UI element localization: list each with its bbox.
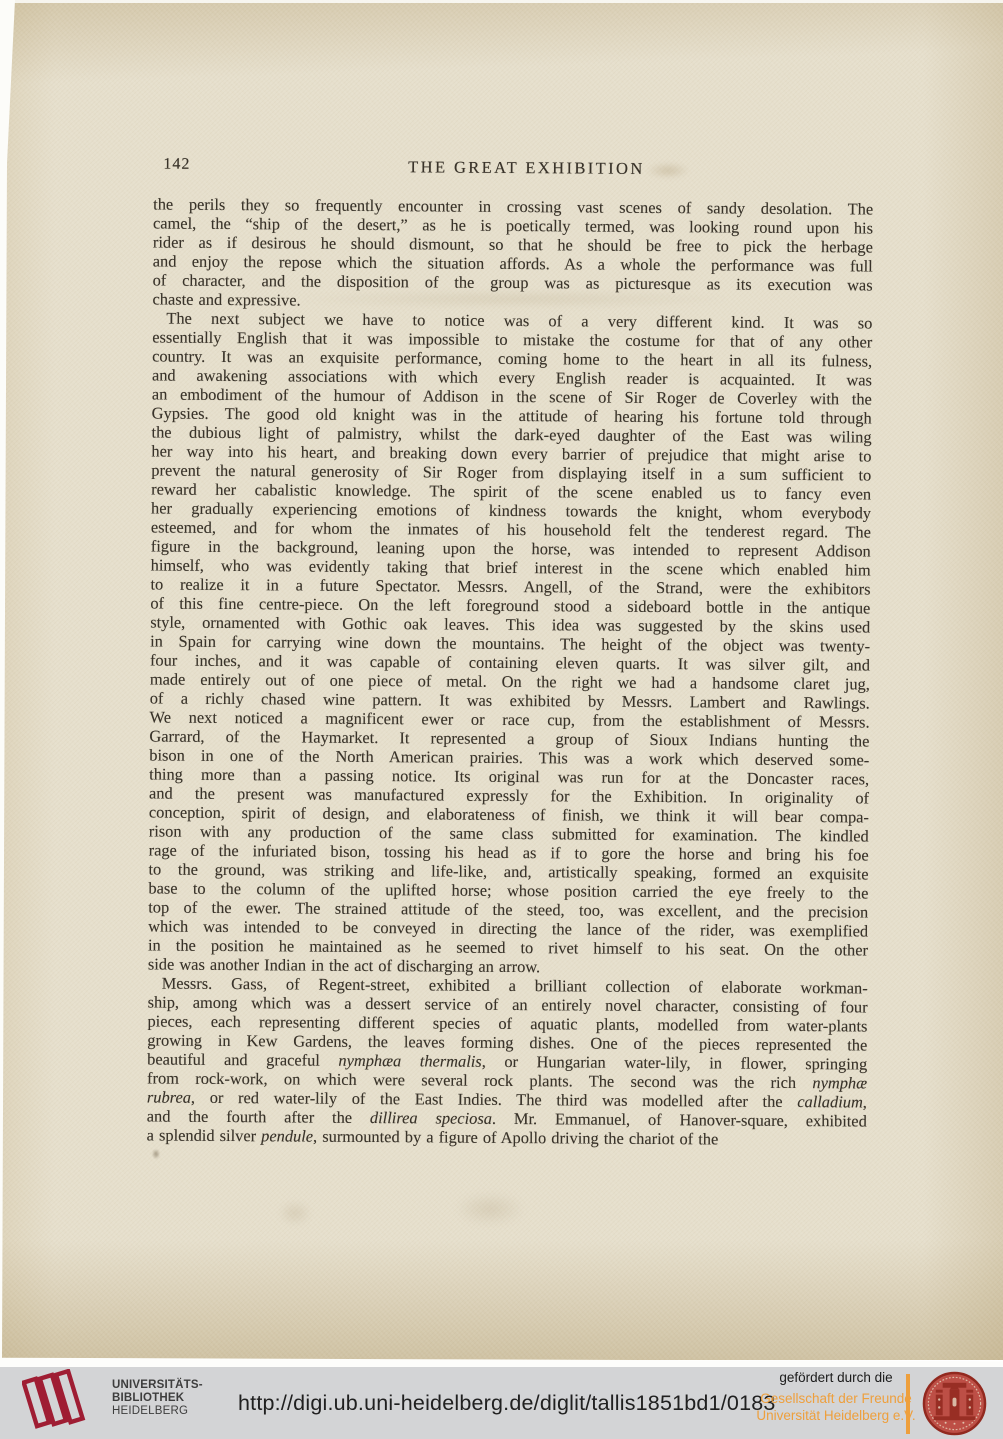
funding-prefix: gefördert durch die — [750, 1370, 922, 1385]
page-text: the perils they so frequently encounter … — [147, 194, 874, 1149]
scan-edge-top — [0, 0, 1003, 3]
funding-org-line: Universität Heidelberg e.V. — [750, 1408, 922, 1425]
page-content: 142 THE GREAT EXHIBITION the perils they… — [146, 153, 873, 1168]
funding-credit: gefördert durch die Gesellschaft der Fre… — [750, 1370, 922, 1424]
paragraph: the perils they so frequently encounter … — [152, 194, 873, 313]
scanned-page-view: 142 THE GREAT EXHIBITION the perils they… — [0, 0, 1003, 1439]
funding-org-line: Gesellschaft der Freunde — [750, 1391, 922, 1408]
library-footer-banner: UNIVERSITÄTS- BIBLIOTHEK HEIDELBERG http… — [0, 1367, 1003, 1439]
library-name-line: BIBLIOTHEK — [112, 1392, 203, 1405]
running-head: THE GREAT EXHIBITION — [166, 156, 886, 181]
footer-divider — [906, 1374, 910, 1434]
stacked-books-icon — [22, 1369, 106, 1433]
page-head: 142 THE GREAT EXHIBITION — [153, 153, 873, 180]
paragraph: Messrs. Gass, of Regent-street, exhibite… — [147, 973, 868, 1149]
library-name: UNIVERSITÄTS- BIBLIOTHEK HEIDELBERG — [112, 1379, 203, 1417]
digitization-url: http://digi.ub.uni-heidelberg.de/diglit/… — [238, 1391, 776, 1416]
library-name-line: UNIVERSITÄTS- — [112, 1379, 203, 1392]
paragraph: The next subject we have to notice was o… — [148, 308, 873, 978]
university-seal-icon — [921, 1370, 988, 1437]
library-name-line: HEIDELBERG — [112, 1405, 203, 1418]
